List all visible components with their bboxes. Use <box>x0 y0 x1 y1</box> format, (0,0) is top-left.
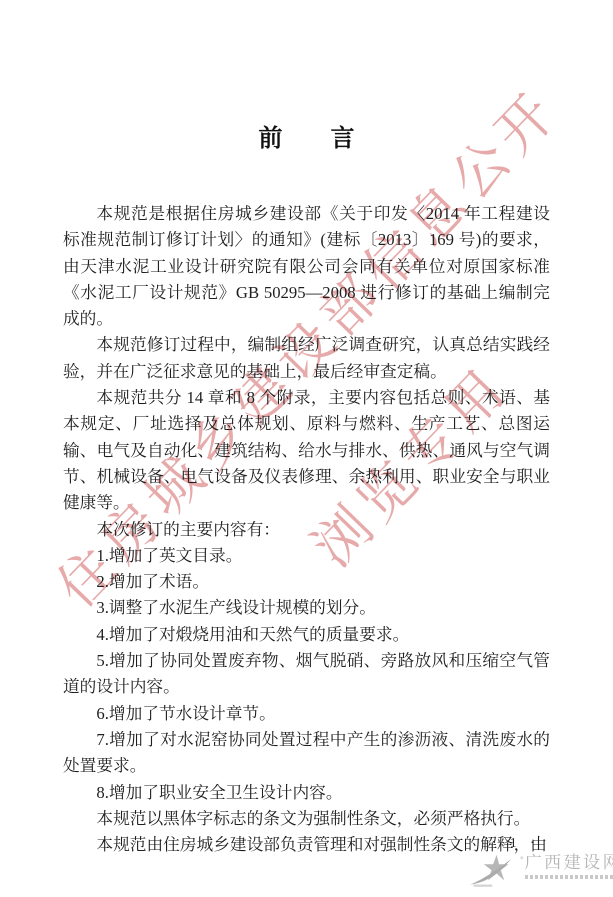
page-title: 前 言 <box>0 118 613 153</box>
page-number: · 1 · <box>492 835 540 851</box>
foreword-body: 本规范是根据住房城乡建设部《关于印发〈2014 年工程建设标准规范制订修订计划〉… <box>63 201 550 858</box>
star-swoosh-icon <box>468 853 520 888</box>
publisher-logo-text: 广西建设网 <box>525 853 613 873</box>
publisher-logo-tagline <box>525 875 613 879</box>
paragraph: 本规范修订过程中，编制组经广泛调查研究，认真总结实践经验，并在广泛征求意见的基础… <box>63 332 550 385</box>
paragraph: 5.增加了协同处置废弃物、烟气脱硝、旁路放风和压缩空气管道的设计内容。 <box>63 648 550 701</box>
paragraph: 4.增加了对煅烧用油和天然气的质量要求。 <box>63 622 550 648</box>
publisher-logo: ° 广西建设网 <box>468 853 613 891</box>
paragraph: 6.增加了节水设计章节。 <box>63 701 550 727</box>
registered-mark: ° <box>520 855 524 865</box>
paragraph: 本规范以黑体字标志的条文为强制性条文，必须严格执行。 <box>63 806 550 832</box>
paragraph: 3.调整了水泥生产线设计规模的划分。 <box>63 595 550 621</box>
paragraph: 本规范共分 14 章和 8 个附录，主要内容包括总则、术语、基本规定、厂址选择及… <box>63 385 550 516</box>
paragraph: 1.增加了英文目录。 <box>63 543 550 569</box>
paragraph: 7.增加了对水泥窑协同处置过程中产生的渗沥液、清洗废水的处置要求。 <box>63 727 550 780</box>
document-page: 住房城乡建设部信息公开 浏览专用 前 言 本规范是根据住房城乡建设部《关于印发〈… <box>0 0 613 897</box>
paragraph: 8.增加了职业安全卫生设计内容。 <box>63 780 550 806</box>
paragraph: 2.增加了术语。 <box>63 569 550 595</box>
paragraph: 本规范是根据住房城乡建设部《关于印发〈2014 年工程建设标准规范制订修订计划〉… <box>63 201 550 332</box>
paragraph: 本次修订的主要内容有： <box>63 517 550 543</box>
